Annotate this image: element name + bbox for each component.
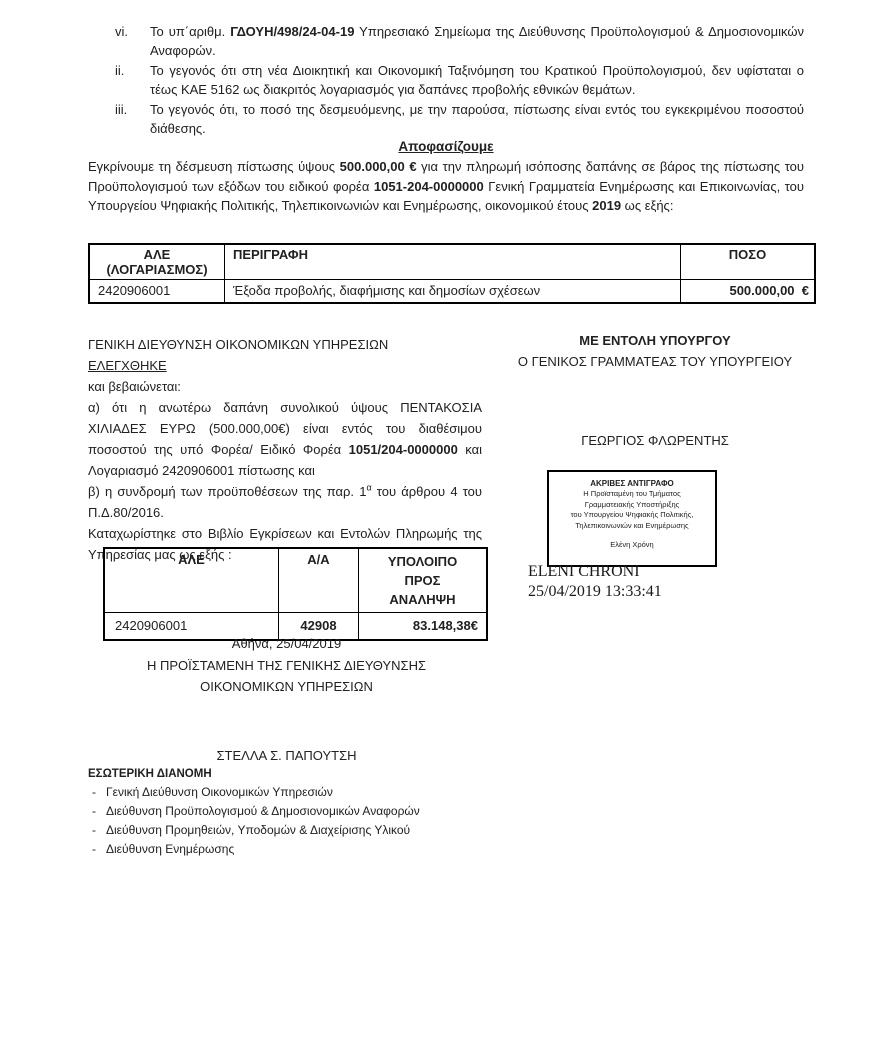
dash-bullet: - [88,821,106,840]
stamp-line: του Υπουργείου Ψηφιακής Πολιτικής, [549,510,715,521]
stamp-line: Η Προϊσταμένη του Τμήματος [549,489,715,500]
table-header-row: ΑΛΕ (ΛΟΓΑΡΙΑΣΜΟΣ) ΠΕΡΙΓΡΑΦΗ ΠΟΣΟ [89,244,815,280]
distribution-title: ΕΣΩΤΕΡΙΚΗ ΔΙΑΝΟΜΗ [88,768,538,780]
list-item: ii. Το γεγονός ότι στη νέα Διοικητική κα… [88,61,804,99]
registry-table: ΑΛΕ Α/Α ΥΠΟΛΟΙΠΟ ΠΡΟΣ ΑΝΑΛΗΨΗ 2420906001… [103,547,488,641]
list-item: - Διεύθυνση Προμηθειών, Υποδομών & Διαχε… [88,821,538,840]
audit-paragraph-b: β) η συνδρομή των προϋποθέσεων της παρ. … [88,481,482,523]
commitment-table: ΑΛΕ (ΛΟΓΑΡΙΑΣΜΟΣ) ΠΕΡΙΓΡΑΦΗ ΠΟΣΟ 2420906… [88,243,816,304]
dash-bullet: - [88,783,106,802]
place-date: Αθήνα, 25/04/2019 [103,633,470,655]
list-item-number: vi. [88,22,150,60]
certified-copy-stamp: ΑΚΡΙΒΕΣ ΑΝΤΙΓΡΑΦΟ Η Προϊσταμένη του Τμήμ… [547,470,717,567]
list-item: iii. Το γεγονός ότι, το ποσό της δεσμευό… [88,100,804,138]
column-header-description: ΠΕΡΙΓΡΑΦΗ [225,244,681,280]
audit-certified-label: και βεβαιώνεται: [88,376,482,397]
column-header-balance: ΥΠΟΛΟΙΠΟ ΠΡΟΣ ΑΝΑΛΗΨΗ [359,548,488,613]
signer-title-line2: ΟΙΚΟΝΟΜΙΚΩΝ ΥΠΗΡΕΣΙΩΝ [103,676,470,698]
table-row: 2420906001 Έξοδα προβολής, διαφήμισης κα… [89,280,815,304]
decision-heading: Αποφασίζουμε [88,139,804,154]
account-cell: 2420906001 [89,280,225,304]
column-header-account: ΑΛΕ (ΛΟΓΑΡΙΑΣΜΟΣ) [89,244,225,280]
amount-cell: 500.000,00 € [681,280,816,304]
by-order-of-minister: ΜΕ ΕΝΤΟΛΗ ΥΠΟΥΡΓΟΥ [500,330,810,351]
list-item-text: Το υπ΄αριθμ. ΓΔΟΥΗ/498/24-04-19 Υπηρεσια… [150,22,804,60]
internal-distribution: ΕΣΩΤΕΡΙΚΗ ΔΙΑΝΟΜΗ - Γενική Διεύθυνση Οικ… [88,768,538,859]
distribution-item-text: Διεύθυνση Προμηθειών, Υποδομών & Διαχείρ… [106,821,410,840]
stamp-title: ΑΚΡΙΒΕΣ ΑΝΤΙΓΡΑΦΟ [549,478,715,489]
list-item-text: Το γεγονός ότι, το ποσό της δεσμευόμενης… [150,100,804,138]
signature-left-block: Αθήνα, 25/04/2019 Η ΠΡΟΪΣΤΑΜΕΝΗ ΤΗΣ ΓΕΝΙ… [103,633,470,698]
audit-department: ΓΕΝΙΚΗ ΔΙΕΥΘΥΝΣΗ ΟΙΚΟΝΟΜΙΚΩΝ ΥΠΗΡΕΣΙΩΝ [88,334,482,355]
dash-bullet: - [88,840,106,859]
decision-paragraph: Εγκρίνουμε τη δέσμευση πίστωσης ύψους 50… [88,157,804,216]
list-item: - Γενική Διεύθυνση Οικονομικών Υπηρεσιών [88,783,538,802]
list-item: - Διεύθυνση Προϋπολογισμού & Δημοσιονομι… [88,802,538,821]
signer-name-left: ΣΤΕΛΛΑ Σ. ΠΑΠΟΥΤΣΗ [103,748,470,763]
digital-signature-name: ELENI CHRONI [528,562,662,582]
considerations-list: vi. Το υπ΄αριθμ. ΓΔΟΥΗ/498/24-04-19 Υπηρ… [88,22,804,139]
audit-checked-label: ΕΛΕΓΧΘΗΚΕ [88,355,482,376]
list-item-number: ii. [88,61,150,99]
list-item-number: iii. [88,100,150,138]
audit-block: ΓΕΝΙΚΗ ΔΙΕΥΘΥΝΣΗ ΟΙΚΟΝΟΜΙΚΩΝ ΥΠΗΡΕΣΙΩΝ Ε… [88,334,482,565]
list-item-text: Το γεγονός ότι στη νέα Διοικητική και Οι… [150,61,804,99]
digital-signature-timestamp: 25/04/2019 13:33:41 [528,582,662,602]
stamp-line: Τηλεπικοινωνιών και Ενημέρωσης [549,521,715,532]
distribution-item-text: Γενική Διεύθυνση Οικονομικών Υπηρεσιών [106,783,333,802]
distribution-item-text: Διεύθυνση Προϋπολογισμού & Δημοσιονομικώ… [106,802,420,821]
table-header-row: ΑΛΕ Α/Α ΥΠΟΛΟΙΠΟ ΠΡΟΣ ΑΝΑΛΗΨΗ [104,548,487,613]
signature-right-block: ΜΕ ΕΝΤΟΛΗ ΥΠΟΥΡΓΟΥ Ο ΓΕΝΙΚΟΣ ΓΡΑΜΜΑΤΕΑΣ … [500,330,810,451]
audit-paragraph-a: α) ότι η ανωτέρω δαπάνη συνολικού ύψους … [88,397,482,481]
signer-name-right: ΓΕΩΡΓΙΟΣ ΦΛΩΡΕΝΤΗΣ [500,430,810,451]
dash-bullet: - [88,802,106,821]
distribution-list: - Γενική Διεύθυνση Οικονομικών Υπηρεσιών… [88,783,538,859]
secretary-general-title: Ο ΓΕΝΙΚΟΣ ΓΡΑΜΜΑΤΕΑΣ ΤΟΥ ΥΠΟΥΡΓΕΙΟΥ [500,351,810,372]
column-header-serial: Α/Α [279,548,359,613]
list-item: vi. Το υπ΄αριθμ. ΓΔΟΥΗ/498/24-04-19 Υπηρ… [88,22,804,60]
column-header-account: ΑΛΕ [104,548,279,613]
stamp-line: Γραμματειακής Υποστήριξης [549,500,715,511]
column-header-amount: ΠΟΣΟ [681,244,816,280]
stamp-signer: Ελένη Χρόνη [549,540,715,549]
description-cell: Έξοδα προβολής, διαφήμισης και δημοσίων … [225,280,681,304]
document-page: vi. Το υπ΄αριθμ. ΓΔΟΥΗ/498/24-04-19 Υπηρ… [0,0,880,1041]
digital-signature: ELENI CHRONI 25/04/2019 13:33:41 [528,562,662,602]
signer-title-line1: Η ΠΡΟΪΣΤΑΜΕΝΗ ΤΗΣ ΓΕΝΙΚΗΣ ΔΙΕΥΘΥΝΣΗΣ [103,655,470,677]
distribution-item-text: Διεύθυνση Ενημέρωσης [106,840,234,859]
list-item: - Διεύθυνση Ενημέρωσης [88,840,538,859]
